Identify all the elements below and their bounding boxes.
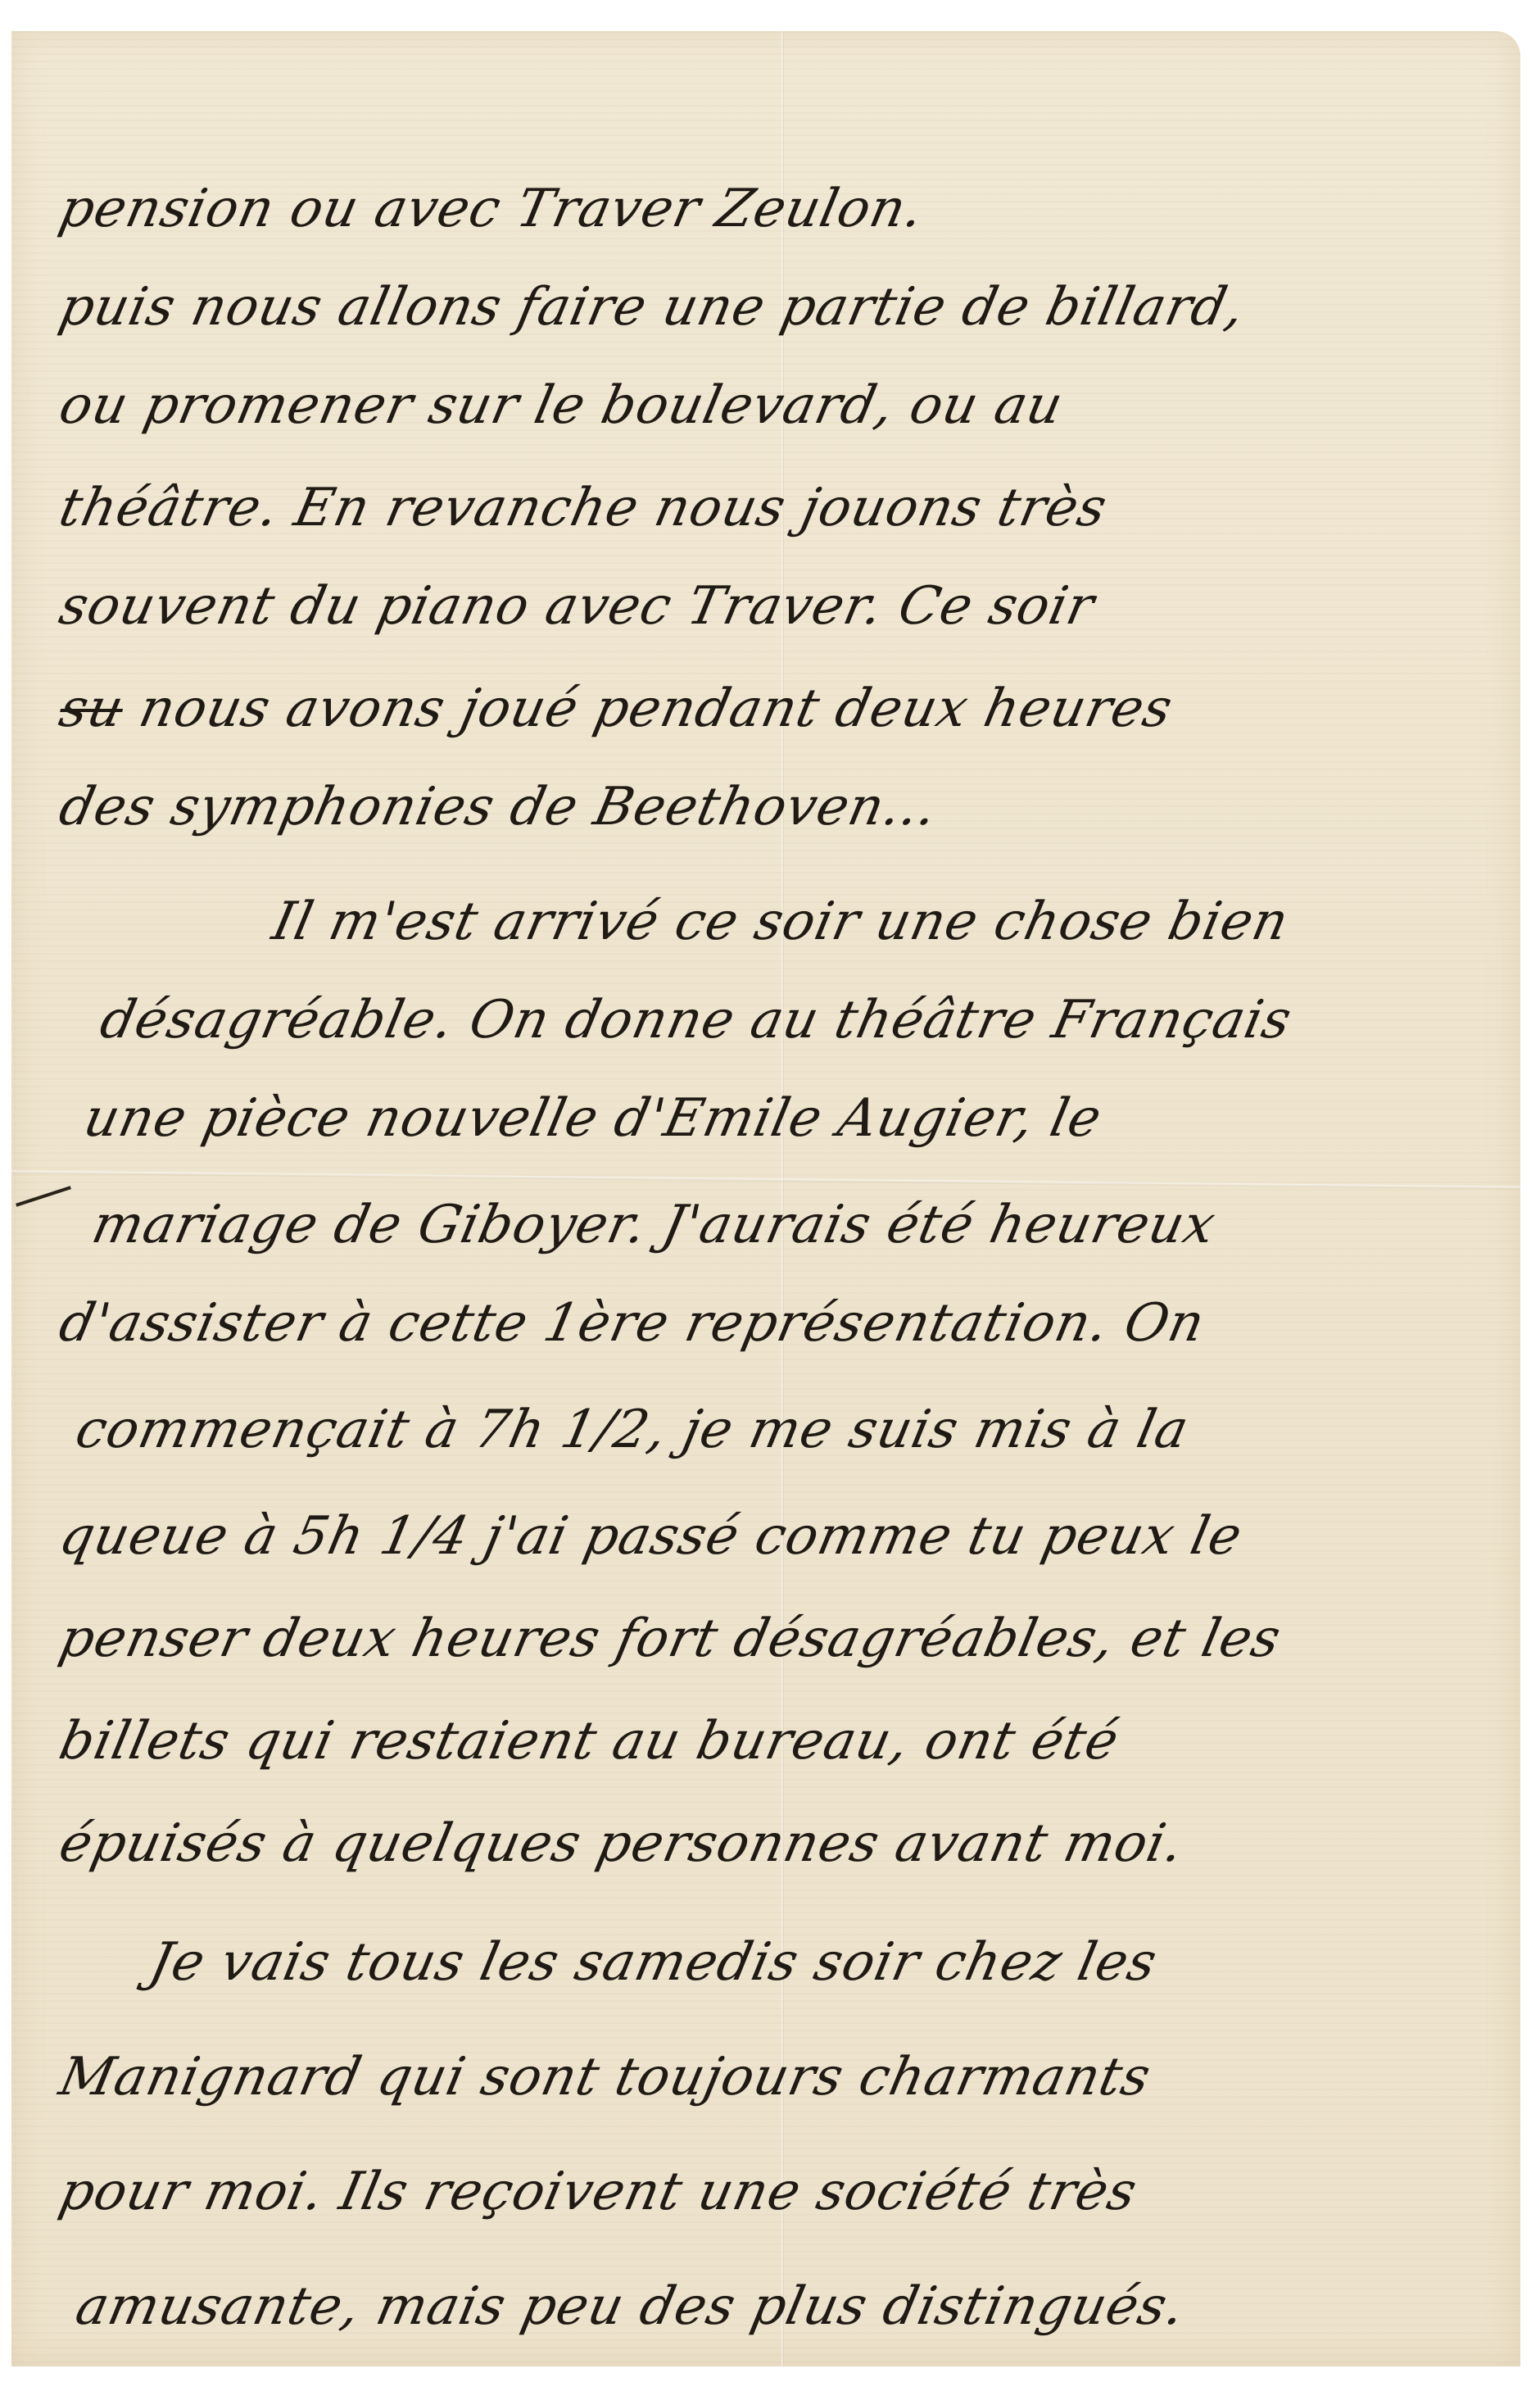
line-14: queue à 5h 1/4 j'ai passé comme tu peux … (54, 1506, 1248, 1567)
line-text: pension ou avec Traver Zeulon. (54, 179, 929, 239)
line-6: su nous avons joué pendant deux heures (54, 678, 1178, 739)
line-3: ou promener sur le boulevard, ou au (54, 375, 1068, 436)
line-text: pour moi. Ils reçoivent une société très (54, 2162, 1143, 2222)
line-7: des symphonies de Beethoven... (54, 777, 943, 837)
line-text: Je vais tous les samedis soir chez les (144, 1932, 1162, 1993)
line-18: Je vais tous les samedis soir chez les (144, 1932, 1162, 1993)
line-5: souvent du piano avec Traver. Ce soir (54, 576, 1100, 637)
line-text: théâtre. En revanche nous jouons très (54, 478, 1112, 538)
struck-word: su (54, 678, 129, 739)
line-11: mariage de Giboyer. J'aurais été heureux (87, 1195, 1221, 1255)
line-text: commençait à 7h 1/2, je me suis mis à la (70, 1400, 1194, 1460)
margin-mark (16, 1186, 71, 1206)
line-9: désagréable. On donne au théâtre Françai… (95, 990, 1297, 1050)
line-text: épuisés à quelques personnes avant moi. (54, 1813, 1189, 1874)
line-text: puis nous allons faire une partie de bil… (54, 277, 1250, 338)
line-text: Manignard qui sont toujours charmants (54, 2047, 1156, 2108)
line-text: d'assister à cette 1ère représentation. … (54, 1293, 1210, 1354)
line-10: une pièce nouvelle d'Emile Augier, le (79, 1088, 1107, 1149)
line-text: queue à 5h 1/4 j'ai passé comme tu peux … (54, 1506, 1248, 1567)
line-text: Il m'est arrivé ce soir une chose bien (267, 892, 1294, 952)
line-20: pour moi. Ils reçoivent une société très (54, 2162, 1143, 2222)
line-text: souvent du piano avec Traver. Ce soir (54, 576, 1100, 637)
line-16: billets qui restaient au bureau, ont été (54, 1711, 1124, 1772)
line-2: puis nous allons faire une partie de bil… (54, 277, 1250, 338)
line-4: théâtre. En revanche nous jouons très (54, 478, 1112, 538)
line-text: une pièce nouvelle d'Emile Augier, le (79, 1088, 1107, 1149)
line-8: Il m'est arrivé ce soir une chose bien (267, 892, 1294, 952)
line-text: des symphonies de Beethoven... (54, 777, 943, 837)
line-text: ou promener sur le boulevard, ou au (54, 375, 1068, 436)
line-21: amusante, mais peu des plus distingués. (70, 2276, 1190, 2337)
line-19: Manignard qui sont toujours charmants (54, 2047, 1156, 2108)
letter-page: pension ou avec Traver Zeulon. puis nous… (11, 31, 1520, 2366)
line-text: mariage de Giboyer. J'aurais été heureux (87, 1195, 1221, 1255)
line-text: nous avons joué pendant deux heures (134, 678, 1179, 739)
horizontal-fold-crease (11, 1170, 1520, 1189)
line-15: penser deux heures fort désagréables, et… (54, 1608, 1286, 1669)
line-text: penser deux heures fort désagréables, et… (54, 1608, 1286, 1669)
line-text: amusante, mais peu des plus distingués. (70, 2276, 1190, 2337)
line-text: désagréable. On donne au théâtre Françai… (95, 990, 1297, 1050)
line-12: d'assister à cette 1ère représentation. … (54, 1293, 1210, 1354)
line-text: billets qui restaient au bureau, ont été (54, 1711, 1124, 1772)
line-13: commençait à 7h 1/2, je me suis mis à la (70, 1400, 1194, 1460)
line-17: épuisés à quelques personnes avant moi. (54, 1813, 1189, 1874)
line-1: pension ou avec Traver Zeulon. (54, 179, 929, 239)
